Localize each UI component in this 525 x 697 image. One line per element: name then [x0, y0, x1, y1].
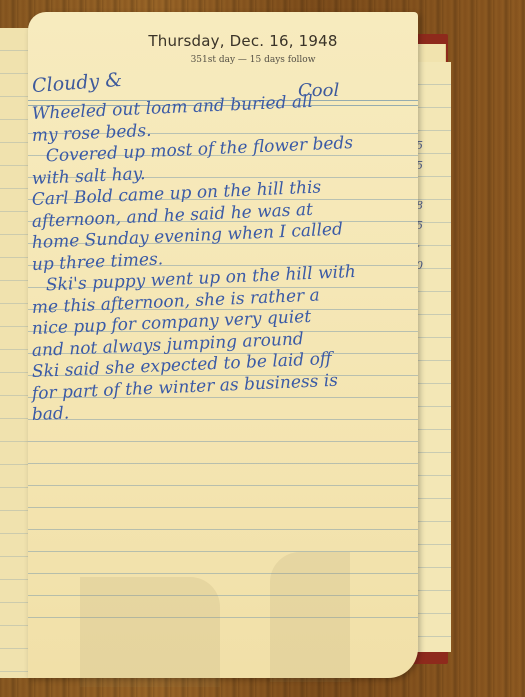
page-date: Thursday, Dec. 16, 1948: [68, 32, 418, 50]
margin-note: -: [416, 236, 436, 256]
margin-note: 5: [416, 216, 436, 236]
diary-entry: Wheeled out loam and buried all my rose …: [32, 104, 412, 427]
day-count: 351st day — 15 days follow: [88, 55, 418, 65]
margin-notes: 5 5 8 5 - 0: [416, 136, 436, 276]
margin-note: 8: [416, 196, 436, 216]
margin-note: 0: [416, 256, 436, 276]
ruled-lines: [0, 28, 30, 678]
left-page-edge: [0, 28, 31, 678]
weather-left: Cloudy &: [31, 69, 122, 97]
thumb-shadow-left: [80, 577, 220, 687]
thumb-shadow-right: [270, 552, 350, 682]
page-header: Thursday, Dec. 16, 1948 351st day — 15 d…: [28, 32, 418, 65]
diary-page: Thursday, Dec. 16, 1948 351st day — 15 d…: [28, 12, 418, 678]
margin-note: 5: [416, 156, 436, 176]
margin-note: [416, 176, 436, 196]
margin-note: 5: [416, 136, 436, 156]
